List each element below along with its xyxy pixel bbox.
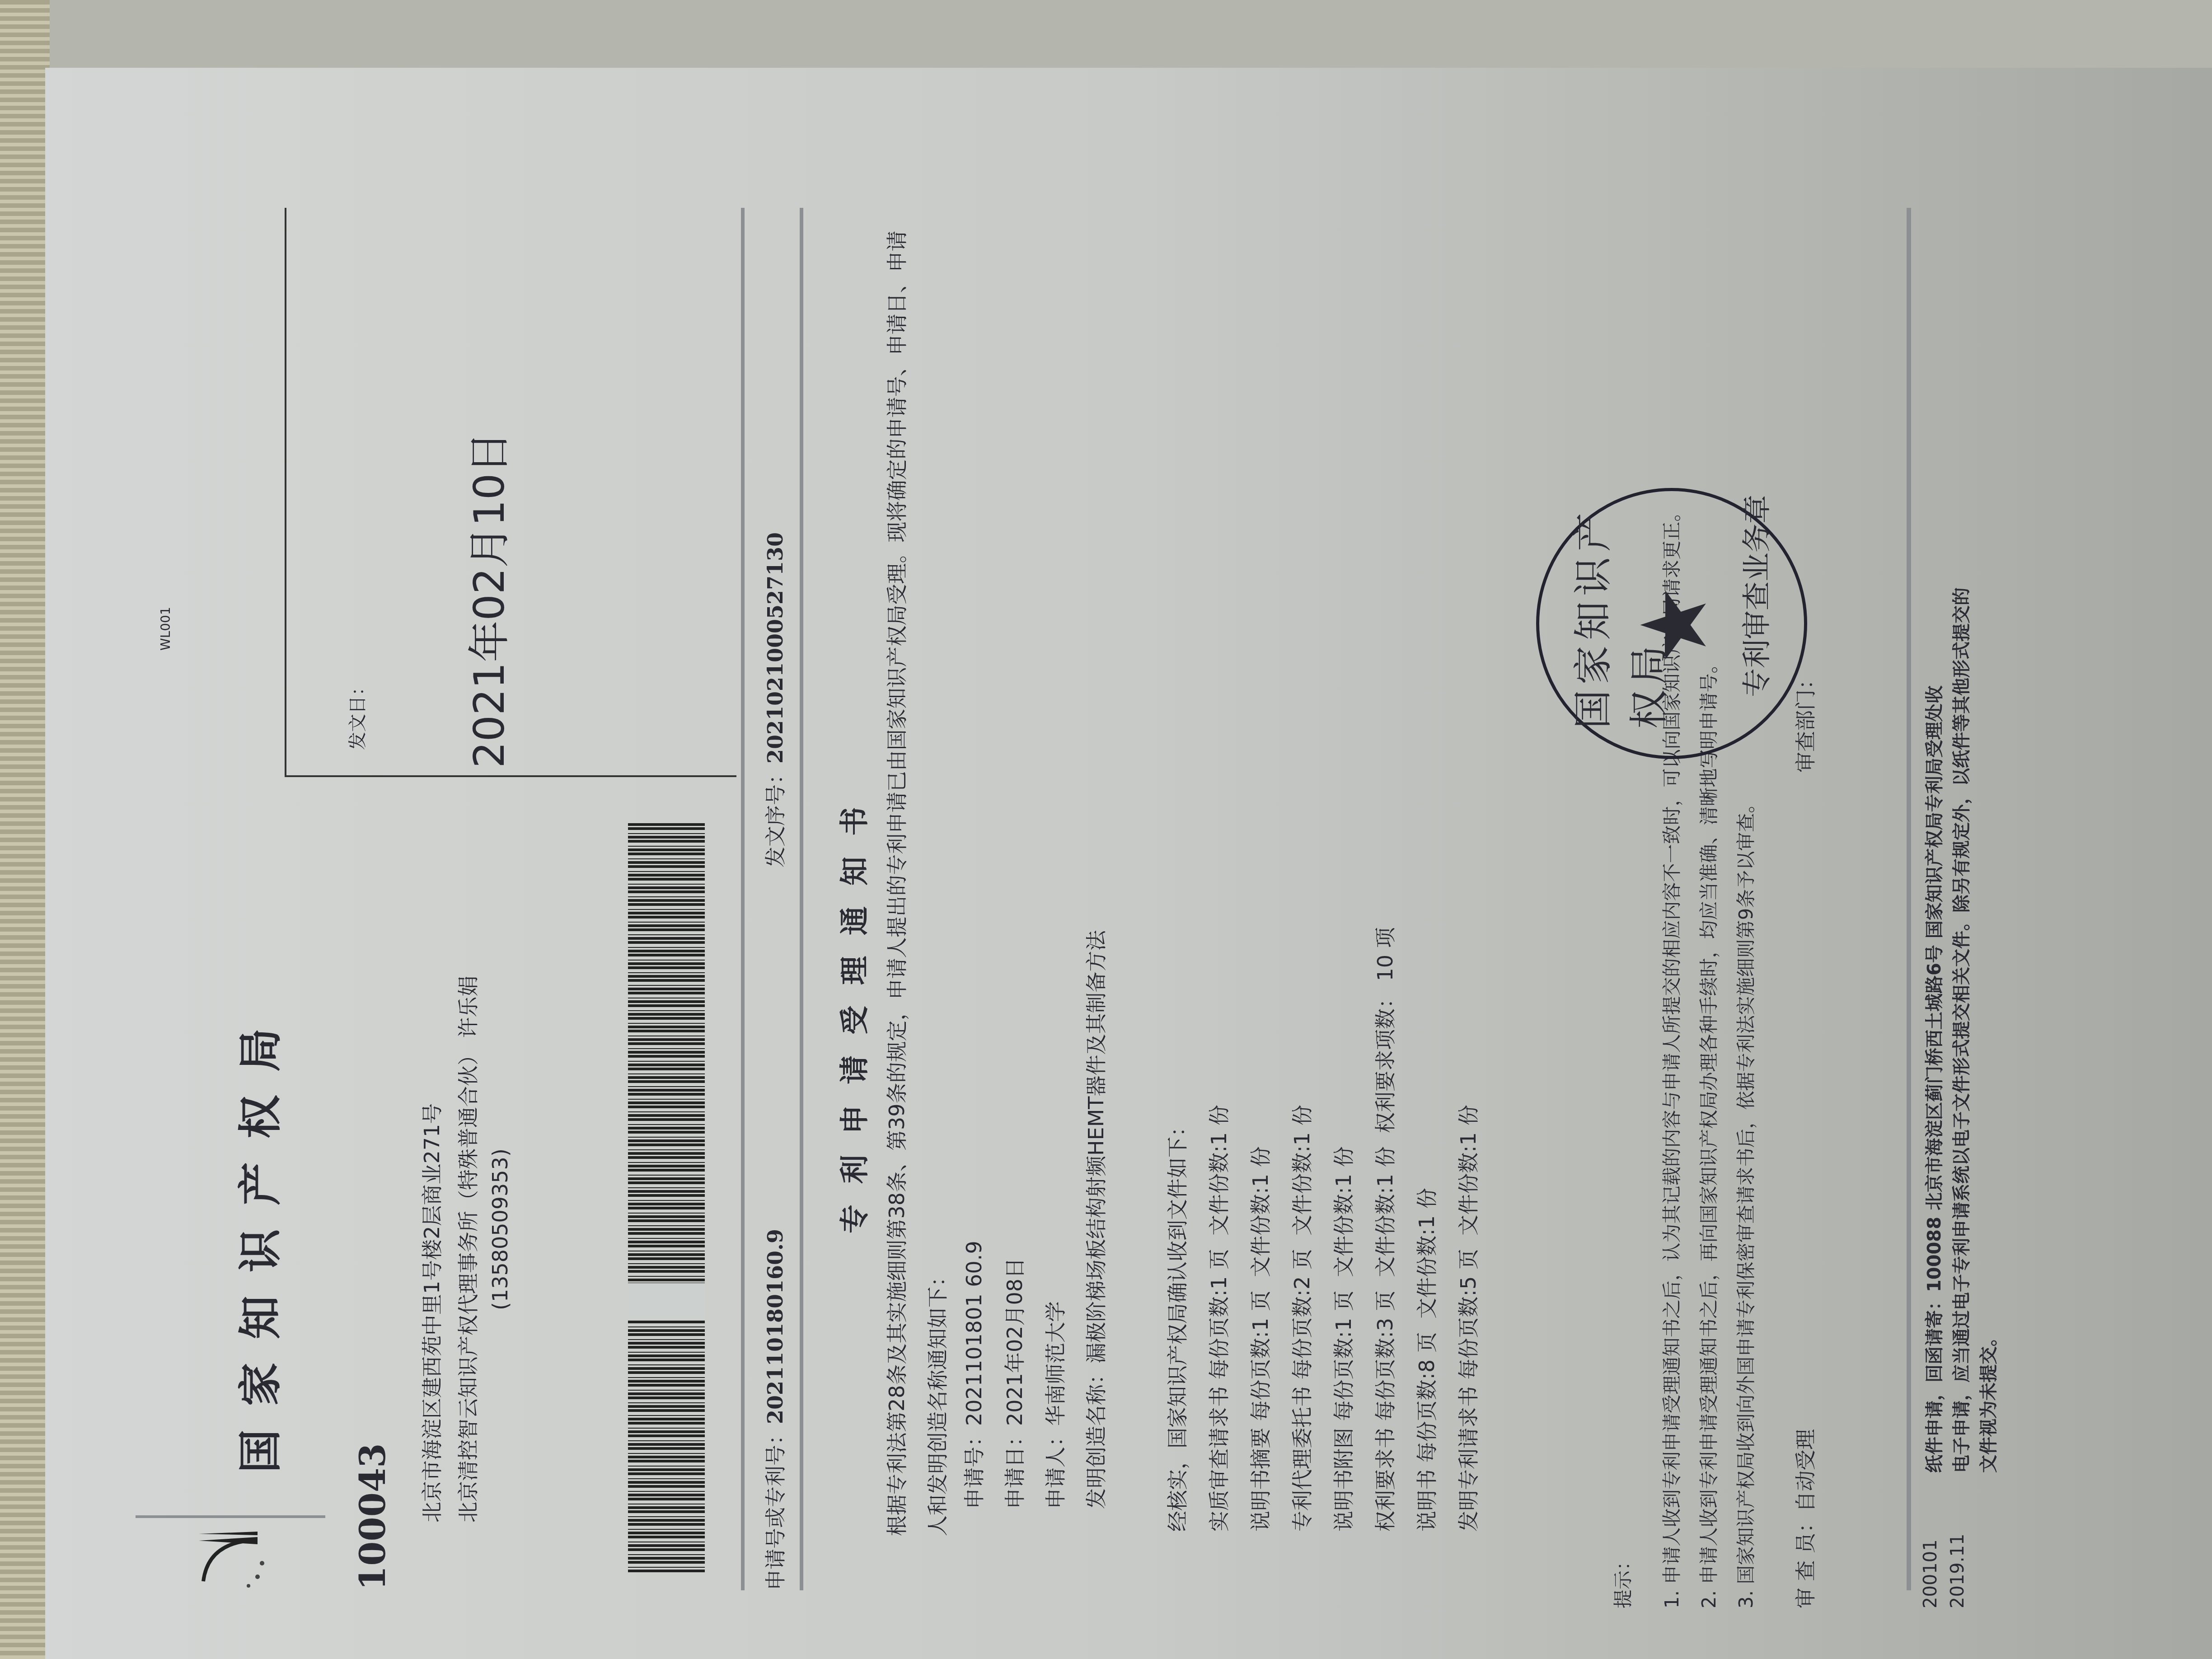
received-files-intro: 经核实，国家知识产权局确认收到文件如下：	[1157, 927, 1198, 1532]
official-seal: 国家知识产权局 ★ 专利审查业务章	[1536, 488, 1807, 759]
org-title: 国家知识产权局	[226, 1005, 288, 1473]
divider	[285, 208, 286, 777]
divider	[800, 208, 803, 1590]
footer-code: 2019.11	[1947, 1534, 1968, 1608]
seal-center-text: 专利审查业务章	[1734, 495, 1775, 697]
received-files-list: 经核实，国家知识产权局确认收到文件如下： 实质审查请求书 每份页数:1 页 文件…	[1157, 927, 1489, 1532]
field-application-date: 申请日：2021年02月08日	[998, 1258, 1028, 1509]
notice-paragraph: 根据专利法第28条及其实施细则第38条、第39条的规定，申请人提出的专利申请已由…	[876, 226, 958, 1536]
footer-text: 电子申请，应当通过电子专利申请系统以电子文件形式提交相关文件。除另有规定外，以纸…	[1947, 587, 1973, 1473]
send-number: 发文序号：2021021000527130	[759, 532, 789, 867]
list-item: 说明书摘要 每份页数:1 页 文件份数:1 份	[1240, 927, 1281, 1532]
sent-date: 2021年02月10日	[456, 432, 516, 768]
barcode-gap	[628, 1283, 705, 1319]
tips-list: 1. 申请人收到专利申请受理通知书之后，认为其记载的内容与申请人所提交的相应内容…	[1654, 208, 1765, 1608]
list-item: 实质审查请求书 每份页数:1 页 文件份数:1 份	[1198, 927, 1240, 1532]
address-line: 北京清控智云知识产权代理事务所（特殊普通合伙） 许乐娟	[452, 975, 482, 1523]
footer-text: 纸件申请，回函请寄：100088 北京市海淀区蓟门桥西土城路6号 国家知识产权局…	[1920, 685, 1946, 1473]
tip-item: 1. 申请人收到专利申请受理通知书之后，认为其记载的内容与申请人所提交的相应内容…	[1654, 208, 1691, 1608]
list-item: 专利代理委托书 每份页数:2 页 文件份数:1 份	[1281, 927, 1323, 1532]
barcode	[628, 822, 705, 1572]
background-surface	[0, 0, 2212, 72]
footer-code: 200101	[1920, 1539, 1941, 1608]
patent-acceptance-notice: 国家知识产权局 WL001 100043 北京市海淀区建西苑中里1号楼2层商业2…	[108, 208, 2096, 1608]
tips-label: 提示：	[1608, 1551, 1636, 1608]
application-number-label: 申请号或专利号：	[763, 1424, 787, 1590]
application-number-value: 202110180160.9	[763, 1229, 787, 1424]
form-code: WL001	[158, 607, 173, 651]
examiner: 审 查 员：自动受理	[1789, 1429, 1819, 1608]
send-number-value: 2021021000527130	[763, 532, 787, 764]
list-item: 权利要求书 每份页数:3 页 文件份数:1 份 权利要求项数： 10 项	[1364, 927, 1406, 1532]
tip-item: 2. 申请人收到专利申请受理通知书之后，再向国家知识产权局办理各种手续时，均应当…	[1691, 208, 1728, 1608]
list-item: 发明专利请求书 每份页数:5 页 文件份数:1 份	[1448, 927, 1489, 1532]
field-application-number: 申请号：2021101801 60.9	[958, 1241, 988, 1509]
footer-text: 文件视为未提交。	[1974, 1328, 2000, 1473]
address-phone: (13580509353)	[488, 1148, 512, 1310]
cnipa-logo-icon	[194, 1527, 267, 1595]
notice-title: 专利申请受理通知书	[831, 786, 873, 1233]
department: 审查部门：	[1789, 669, 1819, 773]
background-fabric-edge	[0, 0, 50, 1659]
field-applicant: 申请人：华南师范大学	[1039, 1301, 1069, 1509]
field-invention-title: 发明创造名称：漏极阶梯场板结构射频HEMT器件及其制备方法	[1080, 930, 1110, 1509]
divider	[1907, 208, 1911, 1590]
divider	[136, 1515, 325, 1518]
application-number: 申请号或专利号：202110180160.9	[759, 1229, 789, 1590]
send-number-label: 发文序号：	[763, 764, 787, 867]
list-item: 说明书 每份页数:8 页 文件份数:1 份	[1406, 927, 1448, 1532]
postcode: 100043	[352, 1443, 394, 1590]
address-line: 北京市海淀区建西苑中里1号楼2层商业271号	[416, 1103, 445, 1523]
divider	[741, 208, 745, 1590]
list-item: 说明书附图 每份页数:1 页 文件份数:1 份	[1323, 927, 1364, 1532]
divider	[285, 775, 736, 777]
sent-date-label: 发文日：	[343, 678, 369, 750]
tip-item: 3. 国家知识产权局收到向外国申请专利保密审查请求书后，依据专利法实施细则第9条…	[1728, 208, 1765, 1608]
star-icon: ★	[1630, 585, 1720, 665]
